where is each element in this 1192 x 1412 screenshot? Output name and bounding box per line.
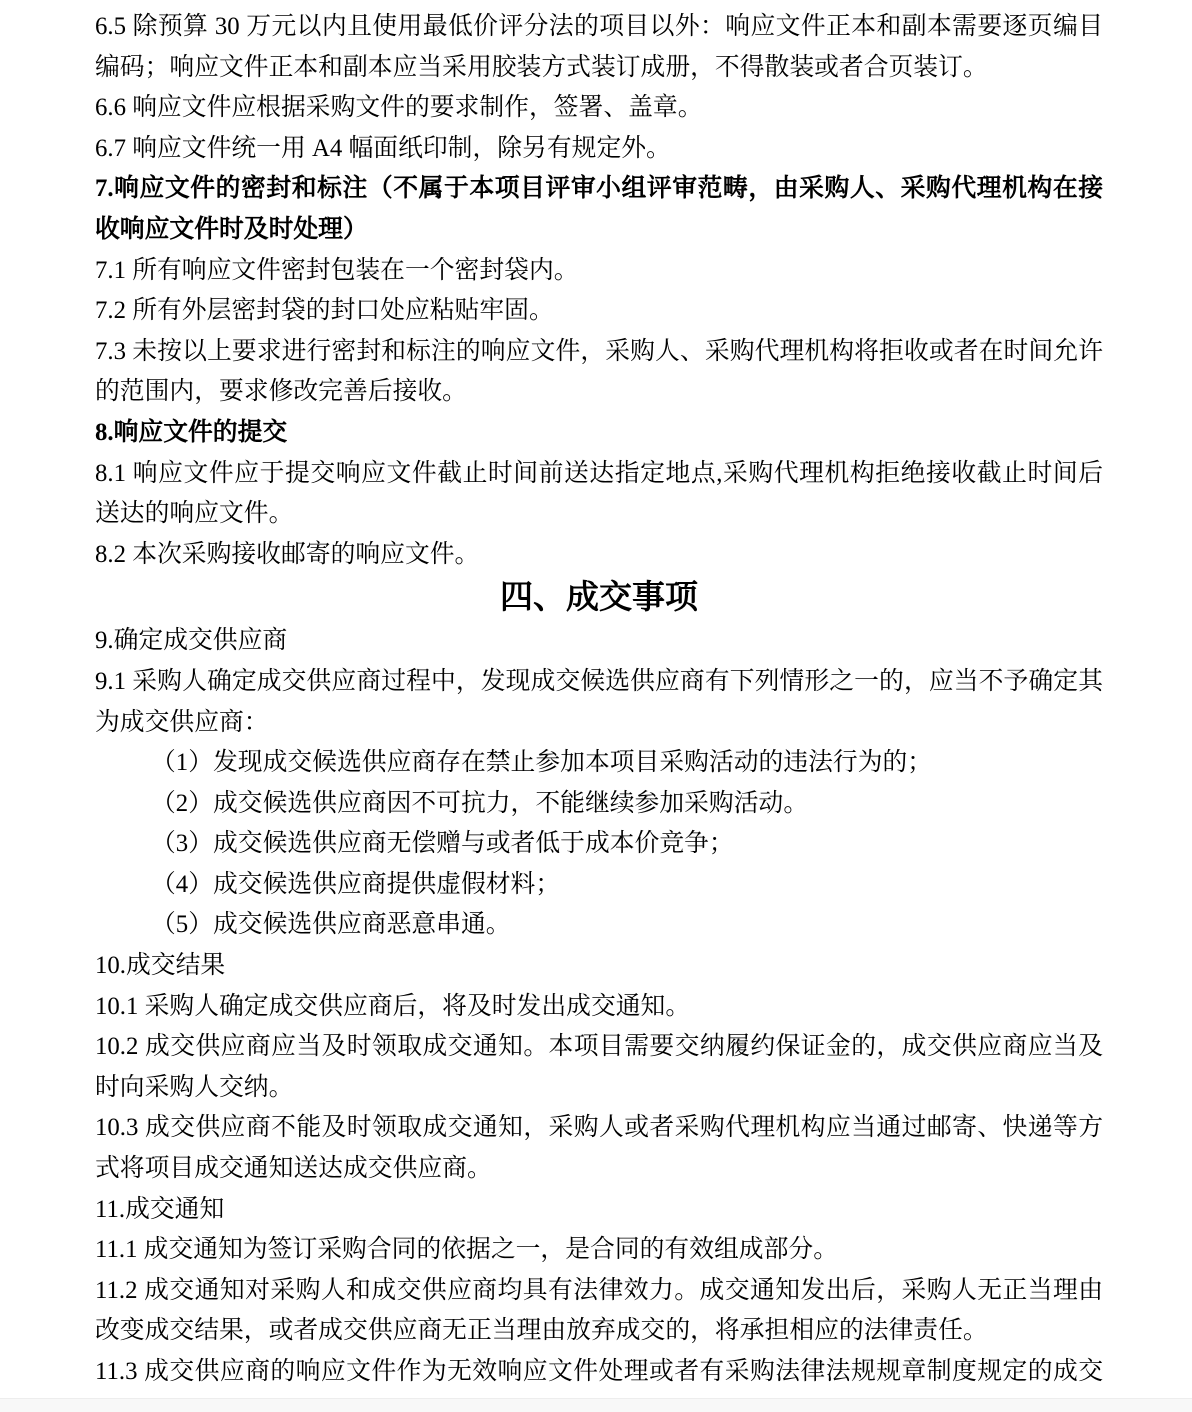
paragraph-line: （5）成交候选供应商恶意串通。 — [151, 905, 1103, 946]
paragraph-line: 时向采购人交纳。 — [95, 1068, 1103, 1109]
paragraph: 6.7 响应文件统一用 A4 幅面纸印制，除另有规定外。 — [95, 129, 1103, 170]
paragraph-line: 8.1 响应文件应于提交响应文件截止时间前送达指定地点,采购代理机构拒绝接收截止… — [95, 454, 1103, 495]
paragraph-line: 送达的响应文件。 — [95, 494, 1103, 535]
paragraph-line: （4）成交候选供应商提供虚假材料； — [151, 865, 1103, 906]
paragraph-line: （2）成交候选供应商因不可抗力，不能继续参加采购活动。 — [151, 784, 1103, 825]
paragraph: 10.3 成交供应商不能及时领取成交通知，采购人或者采购代理机构应当通过邮寄、快… — [95, 1108, 1103, 1189]
paragraph: 11.3 成交供应商的响应文件作为无效响应文件处理或者有采购法律法规规章制度规定… — [95, 1352, 1103, 1393]
document-body: 6.5 除预算 30 万元以内且使用最低价评分法的项目以外：响应文件正本和副本需… — [95, 7, 1103, 1393]
list-item: （5）成交候选供应商恶意串通。 — [95, 905, 1103, 946]
paragraph-line: 收响应文件时及时处理） — [95, 210, 1103, 251]
paragraph: 7.1 所有响应文件密封包装在一个密封袋内。 — [95, 251, 1103, 292]
paragraph-line: 7.响应文件的密封和标注（不属于本项目评审小组评审范畴，由采购人、采购代理机构在… — [95, 169, 1103, 210]
paragraph-line: 10.1 采购人确定成交供应商后，将及时发出成交通知。 — [95, 987, 1103, 1028]
list-item: （1）发现成交候选供应商存在禁止参加本项目采购活动的违法行为的； — [95, 743, 1103, 784]
paragraph-line: 6.6 响应文件应根据采购文件的要求制作，签署、盖章。 — [95, 88, 1103, 129]
paragraph-line: 7.3 未按以上要求进行密封和标注的响应文件，采购人、采购代理机构将拒收或者在时… — [95, 332, 1103, 373]
paragraph-line: 的范围内，要求修改完善后接收。 — [95, 372, 1103, 413]
paragraph: 10.2 成交供应商应当及时领取成交通知。本项目需要交纳履约保证金的，成交供应商… — [95, 1027, 1103, 1108]
paragraph-line: 6.7 响应文件统一用 A4 幅面纸印制，除另有规定外。 — [95, 129, 1103, 170]
paragraph-line: 改变成交结果，或者成交供应商无正当理由放弃成交的，将承担相应的法律责任。 — [95, 1311, 1103, 1352]
paragraph-line: 11.2 成交通知对采购人和成交供应商均具有法律效力。成交通知发出后，采购人无正… — [95, 1271, 1103, 1312]
list-item: （2）成交候选供应商因不可抗力，不能继续参加采购活动。 — [95, 784, 1103, 825]
paragraph-line: 为成交供应商： — [95, 703, 1103, 744]
paragraph-line: （3）成交候选供应商无偿赠与或者低于成本价竞争； — [151, 824, 1103, 865]
list-item: （4）成交候选供应商提供虚假材料； — [95, 865, 1103, 906]
paragraph: 9.确定成交供应商 — [95, 621, 1103, 662]
paragraph-line: 11.3 成交供应商的响应文件作为无效响应文件处理或者有采购法律法规规章制度规定… — [95, 1352, 1103, 1393]
paragraph: 8.2 本次采购接收邮寄的响应文件。 — [95, 535, 1103, 576]
paragraph: 10.1 采购人确定成交供应商后，将及时发出成交通知。 — [95, 987, 1103, 1028]
paragraph: 8.1 响应文件应于提交响应文件截止时间前送达指定地点,采购代理机构拒绝接收截止… — [95, 454, 1103, 535]
paragraph-heading: 8.响应文件的提交 — [95, 413, 1103, 454]
paragraph: 9.1 采购人确定成交供应商过程中，发现成交候选供应商有下列情形之一的，应当不予… — [95, 662, 1103, 743]
section-heading: 四、成交事项 — [95, 575, 1103, 621]
paragraph: 10.成交结果 — [95, 946, 1103, 987]
paragraph-line: 11.成交通知 — [95, 1190, 1103, 1231]
paragraph: 6.6 响应文件应根据采购文件的要求制作，签署、盖章。 — [95, 88, 1103, 129]
paragraph: 7.3 未按以上要求进行密封和标注的响应文件，采购人、采购代理机构将拒收或者在时… — [95, 332, 1103, 413]
paragraph-line: 编码；响应文件正本和副本应当采用胶装方式装订成册，不得散装或者合页装订。 — [95, 48, 1103, 89]
paragraph-line: 9.1 采购人确定成交供应商过程中，发现成交候选供应商有下列情形之一的，应当不予… — [95, 662, 1103, 703]
paragraph-line: 9.确定成交供应商 — [95, 621, 1103, 662]
list-item: （3）成交候选供应商无偿赠与或者低于成本价竞争； — [95, 824, 1103, 865]
paragraph-line: 式将项目成交通知送达成交供应商。 — [95, 1149, 1103, 1190]
paragraph-line: 6.5 除预算 30 万元以内且使用最低价评分法的项目以外：响应文件正本和副本需… — [95, 7, 1103, 48]
paragraph: 11.成交通知 — [95, 1190, 1103, 1231]
paragraph-heading: 7.响应文件的密封和标注（不属于本项目评审小组评审范畴，由采购人、采购代理机构在… — [95, 169, 1103, 250]
paragraph-line: 10.3 成交供应商不能及时领取成交通知，采购人或者采购代理机构应当通过邮寄、快… — [95, 1108, 1103, 1149]
paragraph: 11.1 成交通知为签订采购合同的依据之一，是合同的有效组成部分。 — [95, 1230, 1103, 1271]
paragraph-line: 7.1 所有响应文件密封包装在一个密封袋内。 — [95, 251, 1103, 292]
paragraph-line: （1）发现成交候选供应商存在禁止参加本项目采购活动的违法行为的； — [151, 743, 1103, 784]
paragraph: 11.2 成交通知对采购人和成交供应商均具有法律效力。成交通知发出后，采购人无正… — [95, 1271, 1103, 1352]
document-page: 6.5 除预算 30 万元以内且使用最低价评分法的项目以外：响应文件正本和副本需… — [0, 0, 1192, 1412]
paragraph: 7.2 所有外层密封袋的封口处应粘贴牢固。 — [95, 291, 1103, 332]
paragraph-line: 8.响应文件的提交 — [95, 413, 1103, 454]
paragraph-line: 10.成交结果 — [95, 946, 1103, 987]
paragraph-line: 10.2 成交供应商应当及时领取成交通知。本项目需要交纳履约保证金的，成交供应商… — [95, 1027, 1103, 1068]
paragraph-line: 7.2 所有外层密封袋的封口处应粘贴牢固。 — [95, 291, 1103, 332]
page-bottom-edge — [0, 1398, 1192, 1412]
paragraph: 6.5 除预算 30 万元以内且使用最低价评分法的项目以外：响应文件正本和副本需… — [95, 7, 1103, 88]
paragraph-line: 11.1 成交通知为签订采购合同的依据之一，是合同的有效组成部分。 — [95, 1230, 1103, 1271]
paragraph-line: 8.2 本次采购接收邮寄的响应文件。 — [95, 535, 1103, 576]
